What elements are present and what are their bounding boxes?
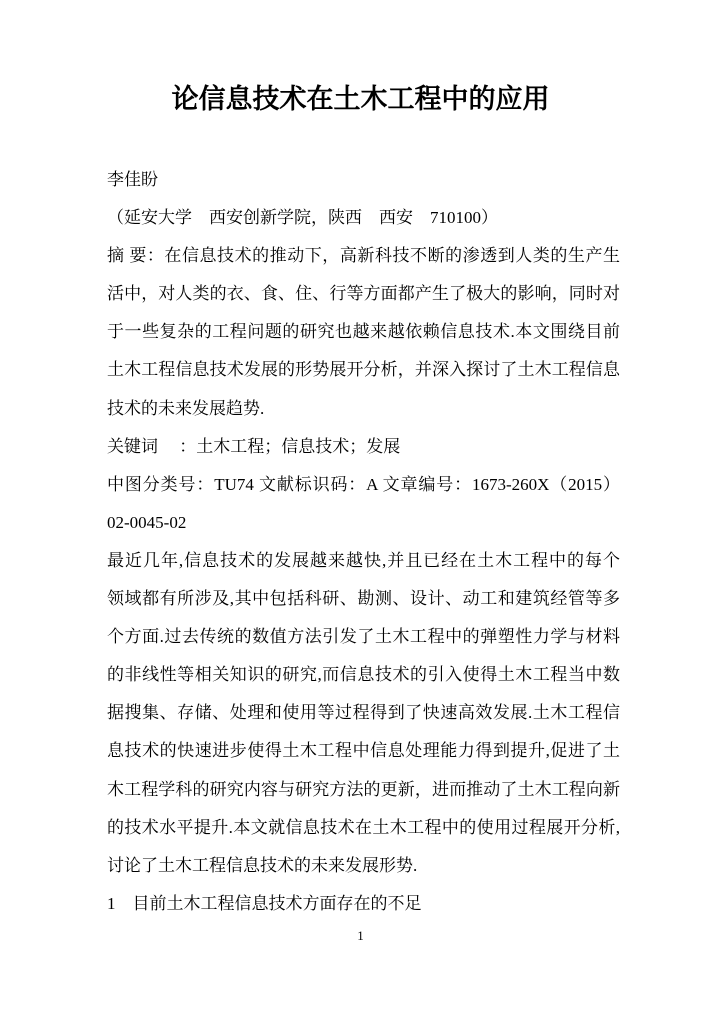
abstract-line-5: 技术的未来发展趋势. bbox=[107, 390, 620, 428]
classification-line-1: 中图分类号：TU74 文献标识码：A 文章编号：1673-260X（2015） bbox=[107, 466, 620, 504]
document-page: 论信息技术在土木工程中的应用 李佳盼 （延安大学 西安创新学院，陕西 西安 71… bbox=[0, 0, 721, 1020]
classification-line-2: 02-0045-02 bbox=[107, 504, 620, 542]
body-line-7: 木工程学科的研究内容与研究方法的更新，进而推动了土木工程向新 bbox=[107, 771, 620, 809]
affiliation: （延安大学 西安创新学院，陕西 西安 710100） bbox=[107, 199, 620, 237]
body-line-2: 领域都有所涉及,其中包括科研、勘测、设计、动工和建筑经管等多 bbox=[107, 580, 620, 618]
abstract-line-2: 活中，对人类的衣、食、住、行等方面都产生了极大的影响，同时对 bbox=[107, 275, 620, 313]
page-number: 1 bbox=[0, 926, 721, 946]
document-body: 李佳盼 （延安大学 西安创新学院，陕西 西安 710100） 摘 要：在信息技术… bbox=[107, 161, 620, 923]
author: 李佳盼 bbox=[107, 161, 620, 199]
abstract-line-1: 摘 要：在信息技术的推动下，高新科技不断的渗透到人类的生产生 bbox=[107, 237, 620, 275]
page-title: 论信息技术在土木工程中的应用 bbox=[0, 81, 721, 117]
body-line-1: 最近几年,信息技术的发展越来越快,并且已经在土木工程中的每个 bbox=[107, 542, 620, 580]
body-line-6: 息技术的快速进步使得土木工程中信息处理能力得到提升,促进了土 bbox=[107, 732, 620, 770]
body-line-5: 据搜集、存储、处理和使用等过程得到了快速高效发展.土木工程信 bbox=[107, 694, 620, 732]
body-line-3: 个方面.过去传统的数值方法引发了土木工程中的弹塑性力学与材料 bbox=[107, 618, 620, 656]
body-line-8: 的技术水平提升.本文就信息技术在土木工程中的使用过程展开分析, bbox=[107, 809, 620, 847]
abstract-line-3: 于一些复杂的工程问题的研究也越来越依赖信息技术.本文围绕目前 bbox=[107, 313, 620, 351]
keywords-line: 关键词 ：土木工程；信息技术；发展 bbox=[107, 428, 620, 466]
body-line-4: 的非线性等相关知识的研究,而信息技术的引入使得土木工程当中数 bbox=[107, 656, 620, 694]
abstract-line-4: 土木工程信息技术发展的形势展开分析，并深入探讨了土木工程信息 bbox=[107, 351, 620, 389]
body-line-9: 讨论了土木工程信息技术的未来发展形势. bbox=[107, 847, 620, 885]
section-heading: 1 目前土木工程信息技术方面存在的不足 bbox=[107, 885, 620, 923]
